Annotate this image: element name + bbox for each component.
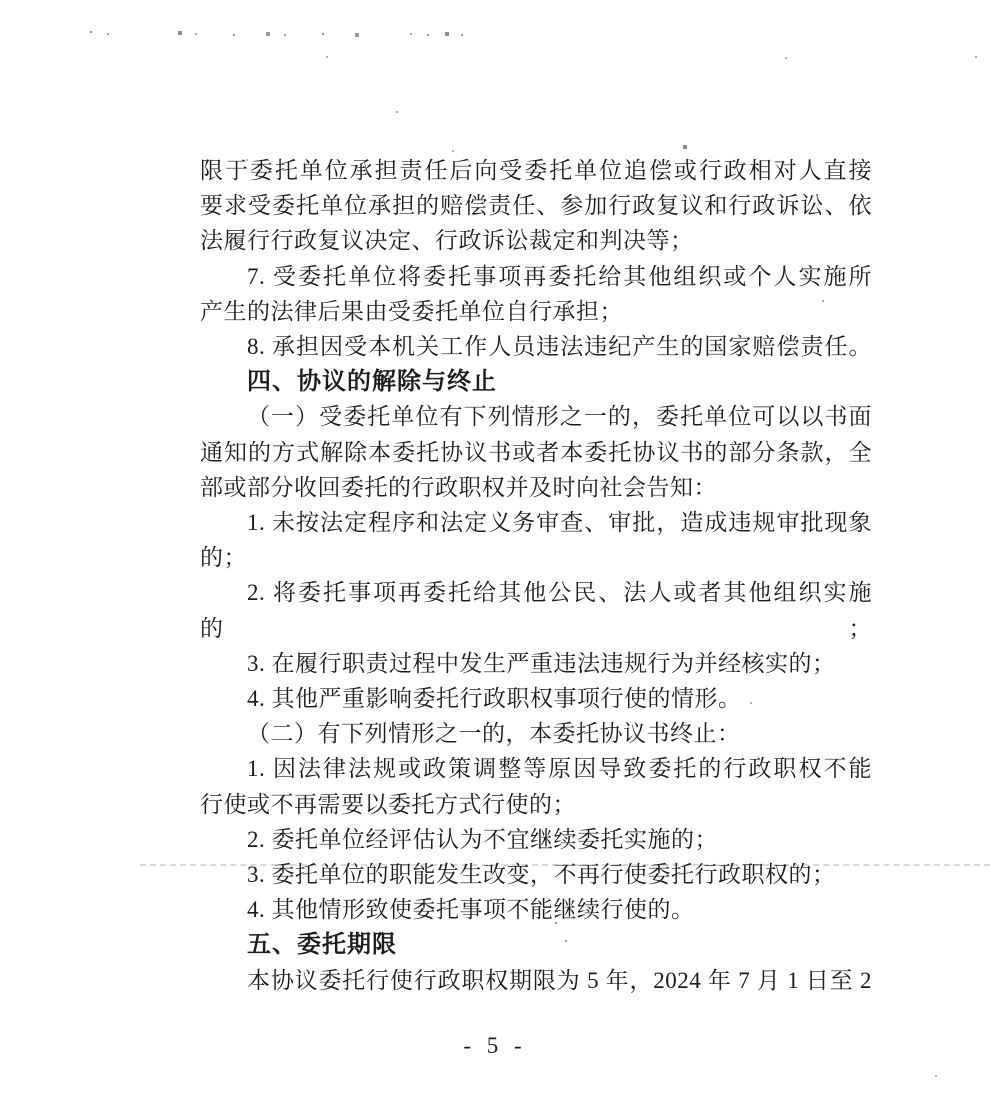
document-line: 2. 将委托事项再委托给其他公民、法人或者其他组织实施的； — [200, 575, 872, 645]
document-line: 法履行行政复议决定、行政诉讼裁定和判决等； — [200, 223, 872, 258]
document-line: 4. 其他严重影响委托行政职权事项行使的情形。 — [200, 681, 872, 716]
document-line: 1. 未按法定程序和法定义务审查、审批，造成违规审批现象 — [200, 505, 872, 540]
scanned-document-page: 限于委托单位承担责任后向受委托单位追偿或行政相对人直接要求受委托单位承担的赔偿责… — [0, 0, 990, 1106]
document-line: 限于委托单位承担责任后向受委托单位追偿或行政相对人直接 — [200, 153, 872, 188]
page-number: - 5 - — [0, 1033, 990, 1059]
document-body: 限于委托单位承担责任后向受委托单位追偿或行政相对人直接要求受委托单位承担的赔偿责… — [200, 153, 872, 998]
scan-noise — [0, 0, 2, 2]
document-line: 4. 其他情形致使委托事项不能继续行使的。 — [200, 892, 872, 927]
document-line: 2. 委托单位经评估认为不宜继续委托实施的； — [200, 822, 872, 857]
document-line: 3. 在履行职责过程中发生严重违法违规行为并经核实的； — [200, 646, 872, 681]
document-line: 7. 受委托单位将委托事项再委托给其他组织或个人实施所 — [200, 259, 872, 294]
document-line: 的； — [200, 540, 872, 575]
document-line: 本协议委托行使行政职权期限为 5 年，2024 年 7 月 1 日至 2 — [200, 963, 872, 998]
section-heading: 五、委托期限 — [200, 927, 872, 962]
document-line: （二）有下列情形之一的，本委托协议书终止： — [200, 716, 872, 751]
document-line: 8. 承担因受本机关工作人员违法违纪产生的国家赔偿责任。 — [200, 329, 872, 364]
document-line: 3. 委托单位的职能发生改变，不再行使委托行政职权的； — [200, 857, 872, 892]
document-line: 部或部分收回委托的行政职权并及时向社会告知： — [200, 470, 872, 505]
document-line: 要求受委托单位承担的赔偿责任、参加行政复议和行政诉讼、依 — [200, 188, 872, 223]
document-line: 行使或不再需要以委托方式行使的； — [200, 787, 872, 822]
document-line: 通知的方式解除本委托协议书或者本委托协议书的部分条款，全 — [200, 435, 872, 470]
document-line: 产生的法律后果由受委托单位自行承担； — [200, 294, 872, 329]
document-line: 1. 因法律法规或政策调整等原因导致委托的行政职权不能 — [200, 751, 872, 786]
section-heading: 四、协议的解除与终止 — [200, 364, 872, 399]
document-line: （一）受委托单位有下列情形之一的，委托单位可以以书面 — [200, 399, 872, 434]
